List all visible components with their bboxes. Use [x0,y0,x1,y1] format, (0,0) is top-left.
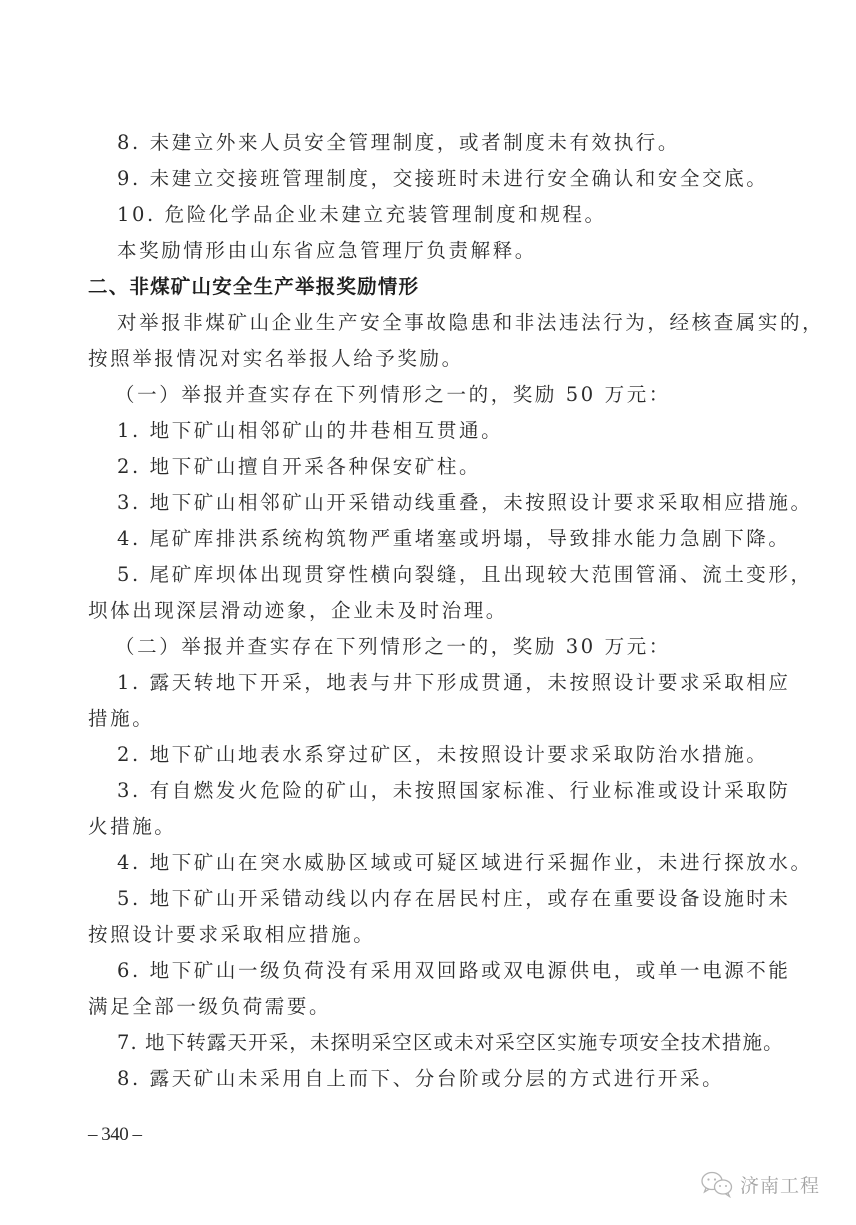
text-line: 坝体出现深层滑动迹象，企业未及时治理。 [88,593,756,629]
page-number: – 340 – [88,1124,142,1146]
text-line: 2. 地下矿山擅自开采各种保安矿柱。 [88,449,756,485]
text-line: 5. 尾矿库坝体出现贯穿性横向裂缝，且出现较大范围管涌、流土变形， [88,557,756,593]
text-line: 10. 危险化学品企业未建立充装管理制度和规程。 [88,197,756,233]
watermark: 济南工程 [700,1170,820,1198]
text-line: 满足全部一级负荷需要。 [88,989,756,1025]
text-line: 6. 地下矿山一级负荷没有采用双回路或双电源供电，或单一电源不能 [88,953,756,989]
text-line: 2. 地下矿山地表水系穿过矿区，未按照设计要求采取防治水措施。 [88,737,756,773]
text-line: 措施。 [88,701,756,737]
text-line: 4. 地下矿山在突水威胁区域或可疑区域进行采掘作业，未进行探放水。 [88,845,756,881]
text-line: 1. 地下矿山相邻矿山的井巷相互贯通。 [88,413,756,449]
text-line: 9. 未建立交接班管理制度，交接班时未进行安全确认和安全交底。 [88,161,756,197]
text-line: 1. 露天转地下开采，地表与井下形成贯通，未按照设计要求采取相应 [88,665,756,701]
text-line: 5. 地下矿山开采错动线以内存在居民村庄，或存在重要设备设施时未 [88,881,756,917]
text-line: 3. 地下矿山相邻矿山开采错动线重叠，未按照设计要求采取相应措施。 [88,485,756,521]
watermark-label: 济南工程 [740,1171,820,1198]
document-body: 8. 未建立外来人员安全管理制度，或者制度未有效执行。9. 未建立交接班管理制度… [88,125,756,1097]
text-line: 8. 露天矿山未采用自上而下、分台阶或分层的方式进行开采。 [88,1061,756,1097]
text-line: 按照设计要求采取相应措施。 [88,917,756,953]
text-line: 火措施。 [88,809,756,845]
text-line: 按照举报情况对实名举报人给予奖励。 [88,341,756,377]
wechat-icon [700,1170,734,1198]
section-heading: 二、非煤矿山安全生产举报奖励情形 [88,269,756,305]
text-line: 本奖励情形由山东省应急管理厅负责解释。 [88,233,756,269]
text-line: （二）举报并查实存在下列情形之一的，奖励 30 万元： [88,629,756,665]
document-page: 8. 未建立外来人员安全管理制度，或者制度未有效执行。9. 未建立交接班管理制度… [0,0,856,1225]
text-line: 4. 尾矿库排洪系统构筑物严重堵塞或坍塌，导致排水能力急剧下降。 [88,521,756,557]
text-line: 对举报非煤矿山企业生产安全事故隐患和非法违法行为，经核查属实的， [88,305,756,341]
text-line: 7. 地下转露天开采，未探明采空区或未对采空区实施专项安全技术措施。 [88,1025,756,1061]
text-line: （一）举报并查实存在下列情形之一的，奖励 50 万元： [88,377,756,413]
text-line: 8. 未建立外来人员安全管理制度，或者制度未有效执行。 [88,125,756,161]
text-line: 3. 有自燃发火危险的矿山，未按照国家标准、行业标准或设计采取防 [88,773,756,809]
